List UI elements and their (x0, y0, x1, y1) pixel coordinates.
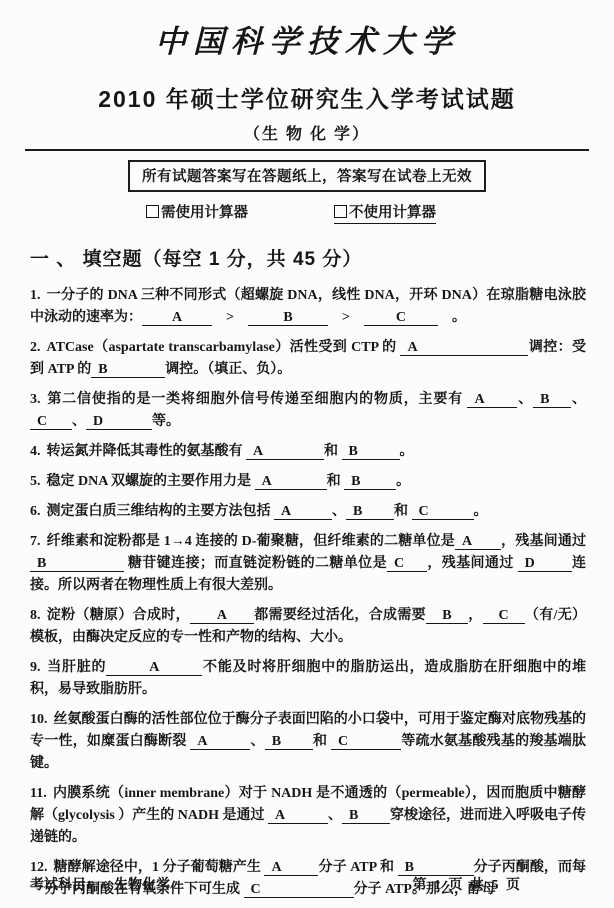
university-title: 中国科学技术大学 (0, 16, 614, 61)
question-number: 12. (30, 860, 48, 875)
question-number: 3. (30, 392, 41, 407)
question-4: 4.转运氮并降低其毒性的氨基酸有 A和 B。 (30, 441, 586, 463)
subject-line: （生 物 化 学） (0, 121, 614, 144)
option-no-calculator: 不使用计算器 (334, 201, 436, 224)
footer-subject-value: 生物化学 (114, 878, 170, 893)
option-need-calculator-label: 需使用计算器 (161, 205, 248, 221)
q6-answer-blank-c: C (412, 504, 474, 520)
question-11: 11.内膜系统（inner membrane）对于 NADH 是不通透的（per… (30, 783, 586, 849)
checkbox-icon (334, 205, 347, 218)
option-need-calculator: 需使用计算器 (146, 201, 248, 224)
q4-answer-blank-b: B (342, 444, 400, 460)
notice-text: 所有试题答案写在答题纸上，答案写在试卷上无效 (142, 169, 472, 185)
question-number: 9. (30, 660, 41, 675)
calculator-options: 需使用计算器 不使用计算器 (146, 201, 614, 224)
question-8: 8.淀粉（糖原）合成时，A都需要经过活化，合成需要B，C（有/无）模板，由酶决定… (30, 605, 586, 649)
q8-answer-blank-c: C (483, 608, 525, 624)
q3-answer-blank-b: B (533, 392, 571, 408)
q3-answer-blank-a: A (467, 392, 517, 408)
question-number: 1. (30, 288, 41, 303)
question-7: 7.纤维素和淀粉都是 1→4 连接的 D-葡聚糖，但纤维素的二糖单位是A，残基间… (30, 531, 586, 597)
checkbox-icon (146, 205, 159, 218)
question-number: 2. (30, 340, 41, 355)
question-number: 10. (30, 712, 48, 727)
q5-answer-blank-a: A (255, 474, 327, 490)
q1-answer-blank-c: C (364, 310, 438, 326)
q8-answer-blank-b: B (426, 608, 468, 624)
page-footer: 考试科目：生物化学 第 1 页 共 5 页 (30, 874, 584, 894)
q11-answer-blank-b: B (342, 808, 390, 824)
q7-answer-blank-d: D (518, 556, 572, 572)
question-number: 6. (30, 504, 41, 519)
exam-title: 2010 年硕士学位研究生入学考试试题 (0, 81, 614, 114)
notice-box: 所有试题答案写在答题纸上，答案写在试卷上无效 (128, 160, 486, 192)
question-9: 9.当肝脏的A不能及时将肝细胞中的脂肪运出，造成脂肪在肝细胞中的堆积，易导致脂肪… (30, 657, 586, 701)
q2-answer-blank-a: A (400, 340, 528, 356)
q6-answer-blank-a: A (274, 504, 332, 520)
footer-page-number: 第 1 页 共 5 页 (413, 874, 523, 894)
q8-answer-blank-a: A (190, 608, 254, 624)
question-10: 10.丝氨酸蛋白酶的活性部位位于酶分子表面凹陷的小口袋中，可用于鉴定酶对底物残基… (30, 709, 586, 775)
option-no-calculator-label: 不使用计算器 (349, 205, 436, 221)
q10-answer-blank-c: C (331, 734, 401, 750)
q4-answer-blank-a: A (246, 444, 324, 460)
question-number: 5. (30, 474, 41, 489)
question-number: 4. (30, 444, 41, 459)
q3-answer-blank-c: C (30, 414, 72, 430)
q7-answer-blank-a: A (455, 534, 501, 550)
q10-answer-blank-b: B (265, 734, 313, 750)
question-2: 2.ATCase（aspartate transcarbamylase）活性受到… (30, 337, 586, 381)
q1-answer-blank-a: A (142, 310, 212, 326)
q6-answer-blank-b: B (346, 504, 394, 520)
q7-answer-blank-c: C (387, 556, 427, 572)
footer-subject-label: 考试科目： (30, 878, 100, 893)
exam-page: 中国科学技术大学 2010 年硕士学位研究生入学考试试题 （生 物 化 学） 所… (0, 0, 614, 908)
q1-answer-blank-b: B (248, 310, 328, 326)
q11-answer-blank-a: A (268, 808, 328, 824)
q10-answer-blank-a: A (190, 734, 250, 750)
header-divider (25, 149, 589, 151)
q3-answer-blank-d: D (86, 414, 152, 430)
question-3: 3.第二信使指的是一类将细胞外信号传递至细胞内的物质，主要有 A、B、C、D等。 (30, 389, 586, 433)
question-number: 8. (30, 608, 41, 623)
questions: 1.一分子的 DNA 三种不同形式（超螺旋 DNA，线性 DNA，开环 DNA）… (30, 285, 586, 901)
section-heading: 一 、 填空题（每空 1 分，共 45 分） (30, 244, 614, 271)
footer-subject: 考试科目：生物化学 (30, 874, 170, 894)
question-1: 1.一分子的 DNA 三种不同形式（超螺旋 DNA，线性 DNA，开环 DNA）… (30, 285, 586, 329)
question-5: 5.稳定 DNA 双螺旋的主要作用力是 A和 B。 (30, 471, 586, 493)
q7-answer-blank-b: B (30, 556, 124, 572)
question-6: 6.测定蛋白质三维结构的主要方法包括 A、B和 C。 (30, 501, 586, 523)
q5-answer-blank-b: B (344, 474, 396, 490)
question-number: 7. (30, 534, 41, 549)
question-number: 11. (30, 786, 47, 801)
q9-answer-blank-a: A (106, 660, 202, 676)
q2-answer-blank-b: B (91, 362, 165, 378)
